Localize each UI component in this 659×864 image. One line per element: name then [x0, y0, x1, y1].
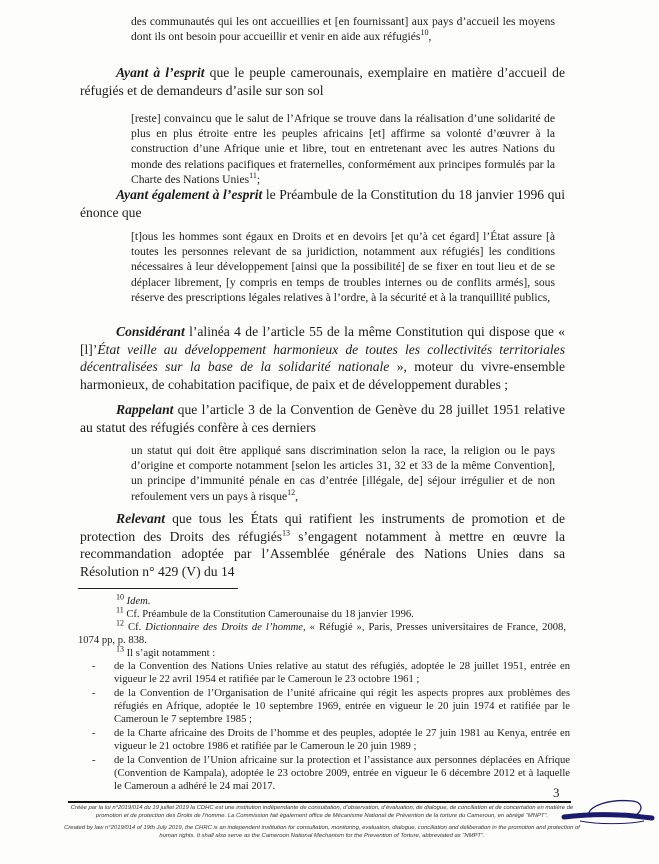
footnote-ref[interactable]: 13 — [282, 528, 290, 537]
paragraph-lead: Relevant — [116, 511, 165, 526]
bullet-dash: - — [92, 754, 96, 767]
footnote-number: 12 — [116, 618, 124, 627]
footnote-item-text: de la Convention de l’Union africaine su… — [114, 754, 570, 794]
paragraph-ayant-egalement: Ayant également à l’esprit le Préambule … — [80, 186, 565, 221]
quote-tail: , — [428, 30, 431, 43]
footnote-item-text: de la Charte africaine des Droits de l’h… — [114, 727, 570, 753]
footer-french: Créée par la loi n°2019/014 du 19 juille… — [62, 804, 582, 820]
paragraph-lead: Considérant — [116, 324, 185, 339]
footnote-13-item: -de la Convention de l’Organisation de l… — [92, 687, 570, 727]
paragraph-lead: Ayant à l’esprit — [116, 65, 205, 80]
footnote-13-item: -de la Charte africaine des Droits de l’… — [92, 727, 570, 753]
paragraph-lead: Rappelant — [116, 402, 173, 417]
footnote-12: 12 Cf. Dictionnaire des Droits de l’homm… — [78, 621, 566, 647]
footnote-number: 13 — [116, 644, 124, 653]
quote-block-3: un statut qui doit être appliqué sans di… — [131, 443, 555, 504]
footnote-separator — [78, 588, 238, 589]
document-page: des communautés qui les ont accueillies … — [0, 0, 659, 864]
footnote-ref[interactable]: 12 — [287, 488, 295, 497]
footnote-13-item: -de la Convention des Nations Unies rela… — [92, 660, 570, 686]
quote-tail: , — [295, 490, 298, 503]
quote-text: un statut qui doit être appliqué sans di… — [131, 444, 555, 503]
footnote-item-text: de la Convention de l’Organisation de l’… — [114, 687, 570, 727]
footnote-13: 13 Il s’agit notamment : — [78, 647, 566, 660]
quote-block-2: [t]ous les hommes sont égaux en Droits e… — [131, 229, 555, 305]
footnote-text: Cf. — [128, 622, 145, 633]
paragraph-considerant: Considérant l’alinéa 4 de l’article 55 d… — [80, 323, 565, 393]
footnote-13-item: -de la Convention de l’Union africaine s… — [92, 754, 570, 794]
footnote-text: Idem. — [127, 596, 151, 607]
quote-tail: ; — [257, 173, 260, 186]
footnote-item-text: de la Convention des Nations Unies relat… — [114, 660, 570, 686]
footnote-text: Il s’agit notamment : — [127, 648, 216, 659]
footnote-book-title: Dictionnaire des Droits de l’homme — [145, 622, 303, 633]
footnote-text: Cf. Préambule de la Constitution Camerou… — [126, 609, 413, 620]
bullet-dash: - — [92, 687, 96, 700]
footnote-11: 11 Cf. Préambule de la Constitution Came… — [78, 608, 566, 621]
footer-rule — [68, 801, 571, 803]
footnote-10: 10 Idem. — [78, 595, 566, 608]
bullet-dash: - — [92, 660, 96, 673]
footer-english: Created by law n°2019/014 of 19th July 2… — [62, 824, 582, 840]
paragraph-lead: Ayant également à l’esprit — [116, 187, 262, 202]
quote-text: [reste] convaincu que le salut de l’Afri… — [131, 112, 555, 186]
quote-block-top: des communautés qui les ont accueillies … — [131, 14, 555, 44]
quote-block-1: [reste] convaincu que le salut de l’Afri… — [131, 111, 555, 187]
footnote-ref[interactable]: 11 — [249, 171, 257, 180]
page-number: 3 — [553, 785, 560, 801]
paragraph-ayant-a-l-esprit: Ayant à l’esprit que le peuple camerouna… — [80, 64, 565, 99]
quote-text: [t]ous les hommes sont égaux en Droits e… — [131, 230, 555, 304]
bullet-dash: - — [92, 727, 96, 740]
footnote-number: 11 — [116, 605, 124, 614]
paragraph-relevant: Relevant que tous les États qui ratifien… — [80, 510, 565, 580]
footnote-number: 10 — [116, 592, 124, 601]
paragraph-rappelant: Rappelant que l’article 3 de la Conventi… — [80, 401, 565, 436]
quote-text: des communautés qui les ont accueillies … — [131, 15, 555, 43]
signature-icon — [560, 797, 655, 829]
